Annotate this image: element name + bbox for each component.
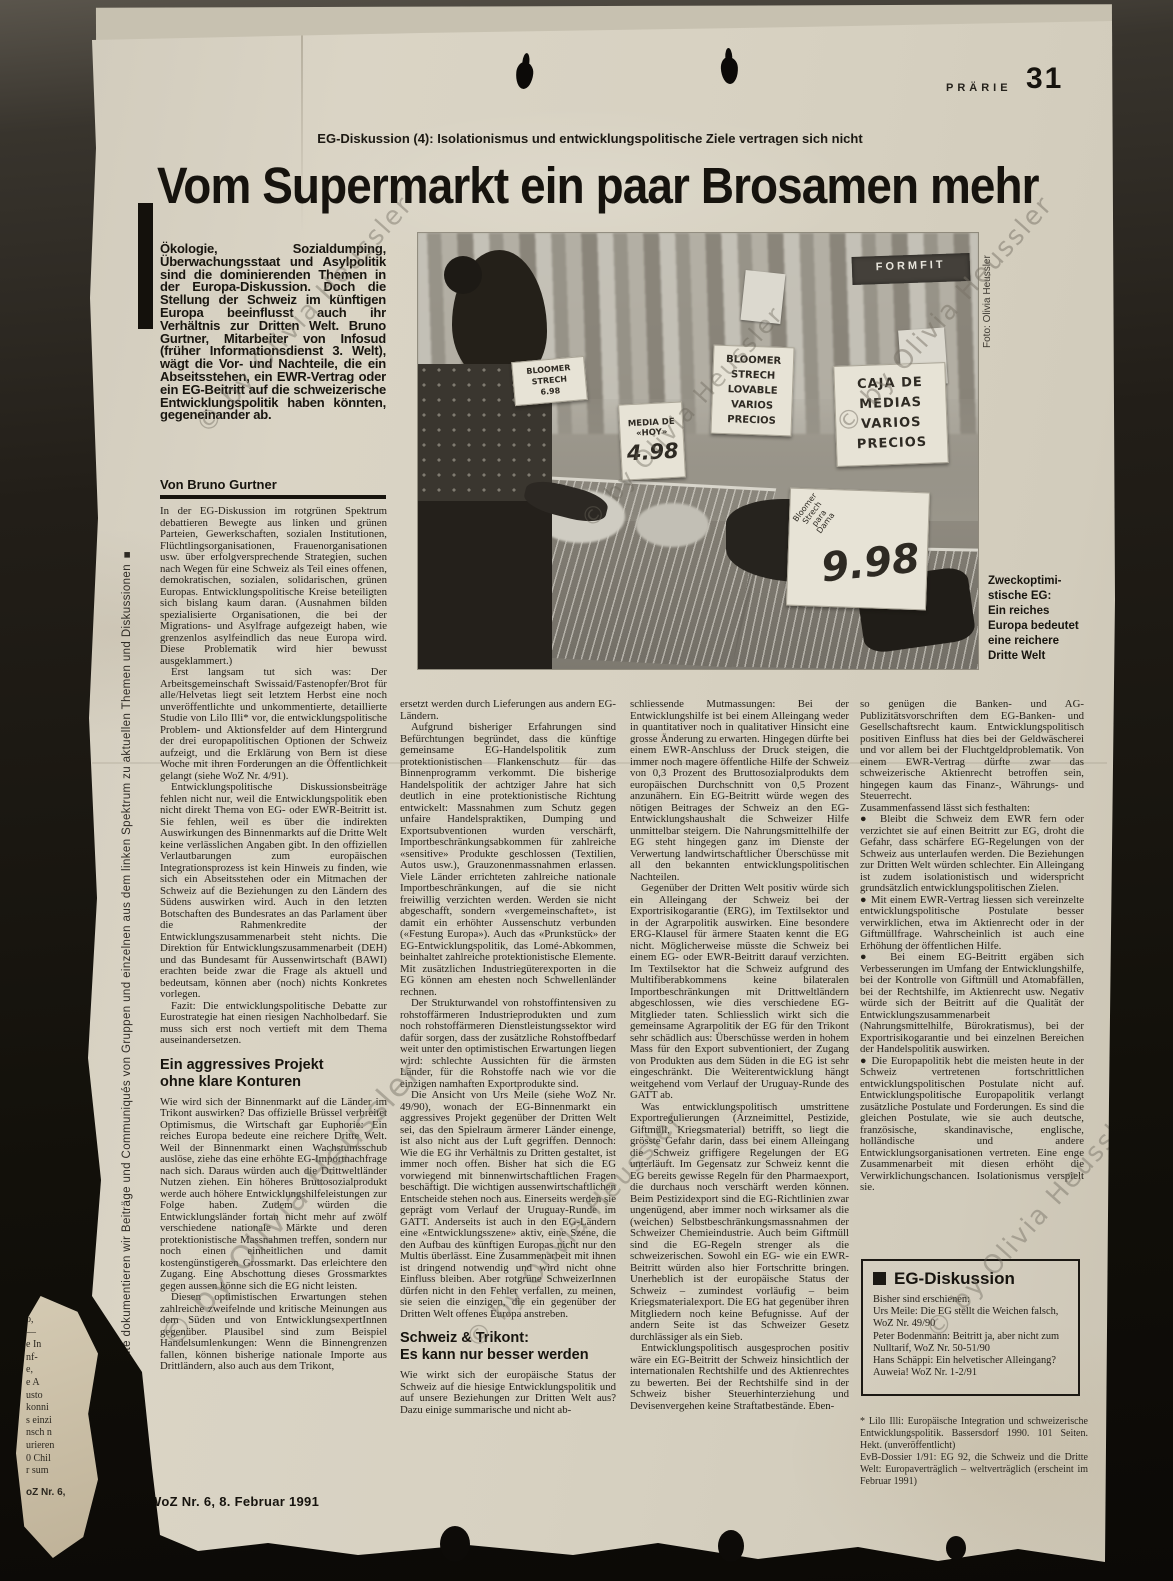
photo-caption: Zweckoptimi- stische EG: Ein reiches Eur… bbox=[988, 574, 1106, 664]
price-sign-998: Bloomer Strech para Dama 9.98 bbox=[786, 488, 930, 611]
scrap-line: usto bbox=[26, 1390, 94, 1403]
margin-note-vertical: ■ Auf der «Prärie»-Seite dokumentieren w… bbox=[122, 500, 134, 1478]
byline-rule bbox=[160, 495, 386, 499]
black-square-icon bbox=[873, 1272, 886, 1285]
price-sign-note: Bloomer Strech para Dama bbox=[792, 492, 840, 540]
market-photo: FORMFIT BLOOMER STRECH 6.98 MEDIA DE «HO… bbox=[418, 233, 978, 669]
subhead-aggressives-projekt: Ein aggressives Projekt ohne klare Kontu… bbox=[160, 1057, 387, 1091]
price-sign-hoy: MEDIA DE «HOY» 4.98 bbox=[618, 401, 686, 480]
box-body: Bisher sind erschienen: Urs Meile: Die E… bbox=[873, 1294, 1068, 1379]
section-label: PRÄRIE bbox=[946, 82, 1012, 94]
page-number: 31 bbox=[1026, 64, 1063, 94]
column-2: ersetzt werden durch Lieferungen aus and… bbox=[400, 699, 616, 1481]
footnote: * Lilo Illi: Europäische Integration und… bbox=[860, 1416, 1088, 1488]
scrap-line: e A bbox=[26, 1377, 94, 1390]
paragraph: Erst langsam tut sich was: Der Arbeitsge… bbox=[160, 667, 387, 782]
box-item: Peter Bodenmann: Beitritt ja, aber nicht… bbox=[873, 1331, 1068, 1355]
paper-scrap: o, — e In nf- e, e A usto konni s einzi … bbox=[16, 1296, 98, 1558]
paragraph: Gegenüber der Dritten Welt positiv würde… bbox=[630, 883, 849, 1102]
scrap-footer-fragment: oZ Nr. 6, bbox=[26, 1487, 94, 1498]
scrap-line: o, bbox=[26, 1314, 94, 1327]
price-sign-label: MEDIA DE «HOY» bbox=[627, 417, 674, 439]
paragraph: Entwicklungspolitische Diskussionsbeiträ… bbox=[160, 782, 387, 1001]
torn-edge-blob bbox=[440, 1526, 470, 1562]
box-title: EG-Diskussion bbox=[894, 1270, 1015, 1287]
photo-hang-tag bbox=[740, 270, 785, 324]
scrap-line: e In bbox=[26, 1339, 94, 1352]
scrap-line: urieren bbox=[26, 1440, 94, 1453]
column-1: In der EG-Diskussion im rotgrünen Spektr… bbox=[160, 506, 387, 1472]
eg-diskussion-box: EG-Diskussion Bisher sind erschienen: Ur… bbox=[861, 1259, 1080, 1396]
box-title-row: EG-Diskussion bbox=[873, 1270, 1068, 1287]
scrap-line: — bbox=[26, 1327, 94, 1340]
paragraph: so genügen die Banken- und AG-Publizität… bbox=[860, 699, 1084, 803]
bullet-paragraph: ● Bei einem EG-Beitritt ergäben sich Ver… bbox=[860, 952, 1084, 1056]
box-item: Urs Meile: Die EG stellt die Weichen fal… bbox=[873, 1306, 1068, 1330]
paragraph: Der Strukturwandel von rohstoffintensive… bbox=[400, 998, 616, 1090]
footer-issue-line: WoZ Nr. 6, 8. Februar 1991 bbox=[149, 1494, 319, 1509]
price-sign-caja-de-medias: CAJA DE MEDIAS VARIOS PRECIOS bbox=[833, 362, 948, 466]
scrap-line: nsch n bbox=[26, 1427, 94, 1440]
scrap-line: 0 Chil bbox=[26, 1453, 94, 1466]
box-item: Hans Schäppi: Ein helvetischer Alleingan… bbox=[873, 1355, 1068, 1379]
column-3: schliessende Mutmassungen: Bei der Entwi… bbox=[630, 699, 849, 1485]
byline: Von Bruno Gurtner bbox=[160, 477, 277, 492]
paragraph: In der EG-Diskussion im rotgrünen Spektr… bbox=[160, 506, 387, 667]
paragraph: Was entwicklungspolitisch umstrittene Ex… bbox=[630, 1102, 849, 1344]
paragraph: Entwicklungspolitisch ausgesprochen posi… bbox=[630, 1343, 849, 1412]
price-sign-bloomer-lovable: BLOOMER STRECH LOVABLE VARIOS PRECIOS bbox=[710, 345, 794, 437]
lead-paragraph: Ökologie, Sozialdumping, Überwachungssta… bbox=[160, 243, 386, 422]
price-value: 4.98 bbox=[623, 439, 683, 466]
paragraph: Wie wird sich der Binnenmarkt auf die Lä… bbox=[160, 1097, 387, 1293]
formfit-banner: FORMFIT bbox=[852, 253, 971, 285]
column-4: so genügen die Banken- und AG-Publizität… bbox=[860, 699, 1084, 1249]
shopper-woman-body bbox=[418, 364, 552, 669]
paragraph: schliessende Mutmassungen: Bei der Entwi… bbox=[630, 699, 849, 883]
paragraph: Wie wirkt sich der europäische Status de… bbox=[400, 1370, 616, 1416]
scrap-line: s einzi bbox=[26, 1415, 94, 1428]
kicker: EG-Diskussion (4): Isolationismus und en… bbox=[300, 131, 880, 147]
scrap-line: e, bbox=[26, 1364, 94, 1377]
headline-accent-bar bbox=[138, 203, 153, 329]
bullet-paragraph: ● Mit einem EWR-Vertrag liessen sich ver… bbox=[860, 895, 1084, 953]
bullet-paragraph: ● Bleibt die Schweiz dem EWR fern oder v… bbox=[860, 814, 1084, 895]
fabric-pile-light bbox=[636, 503, 709, 547]
scanned-newspaper-page: PRÄRIE 31 EG-Diskussion (4): Isolationis… bbox=[0, 0, 1173, 1581]
photo-credit: Foto: Olivia Heussler bbox=[982, 255, 993, 348]
bullet-paragraph: ● Die Europapolitik hebt die meisten heu… bbox=[860, 1056, 1084, 1194]
box-intro: Bisher sind erschienen: bbox=[873, 1294, 1068, 1306]
newspaper-page: PRÄRIE 31 EG-Diskussion (4): Isolationis… bbox=[0, 0, 1173, 1581]
paragraph: Aufgrund bisheriger Erfahrungen sind Bef… bbox=[400, 722, 616, 998]
paragraph: Fazit: Die entwicklungspolitische Debatt… bbox=[160, 1001, 387, 1047]
price-value-998: 9.98 bbox=[812, 538, 928, 589]
footnote-line: * Lilo Illi: Europäische Integration und… bbox=[860, 1416, 1088, 1451]
paragraph: ersetzt werden durch Lieferungen aus and… bbox=[400, 699, 616, 722]
footnote-line: EvB-Dossier 1/91: EG 92, die Schweiz und… bbox=[860, 1452, 1088, 1487]
scrap-line: r sum bbox=[26, 1465, 94, 1478]
paragraph: Diesen optimistischen Erwartungen stehen… bbox=[160, 1292, 387, 1373]
price-sign-bloomer-small: BLOOMER STRECH 6.98 bbox=[511, 356, 587, 406]
scrap-line: nf- bbox=[26, 1352, 94, 1365]
subhead-schweiz-trikont: Schweiz & Trikont: Es kann nur besser we… bbox=[400, 1330, 616, 1364]
torn-edge-blob bbox=[718, 1530, 744, 1562]
scrap-line: konni bbox=[26, 1402, 94, 1415]
paragraph: Die Ansicht von Urs Meile (siehe WoZ Nr.… bbox=[400, 1090, 616, 1320]
headline: Vom Supermarkt ein paar Brosamen mehr bbox=[157, 159, 1093, 213]
torn-edge-blob bbox=[946, 1536, 966, 1560]
